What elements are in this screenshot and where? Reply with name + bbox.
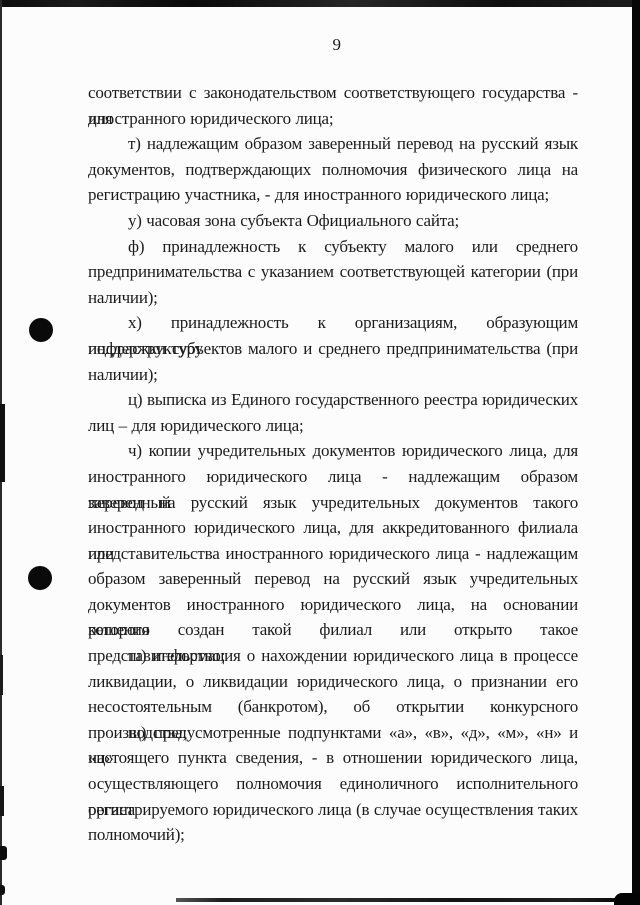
text-line: ф) принадлежность к субъекту малого или … (88, 234, 578, 260)
text-line: предпринимательства с указанием соответс… (88, 259, 578, 285)
punch-hole-dot (29, 318, 53, 342)
text-line: поддержки субъектов малого и среднего пр… (88, 336, 578, 362)
text-line: документов иностранного юридического лиц… (88, 592, 578, 618)
scan-edge-left-mark (0, 885, 5, 895)
text-line: т) надлежащим образом заверенный перевод… (88, 131, 578, 157)
text-line: х) принадлежность к организациям, образу… (88, 310, 578, 336)
text-line: иностранного юридического лица, для аккр… (88, 515, 578, 541)
text-line: представительства иностранного юридическ… (88, 541, 578, 567)
text-line: регистрацию участника, - для иностранног… (88, 182, 578, 208)
text-line: у) часовая зона субъекта Официального са… (88, 208, 578, 234)
scan-edge-bottom (176, 898, 640, 902)
scan-edge-right (632, 0, 640, 905)
scan-edge-left-mark (0, 786, 4, 816)
text-line: ш) информация о нахождении юридического … (88, 643, 578, 669)
text-line: полномочий); (88, 822, 578, 848)
text-line: лиц – для юридического лица; (88, 413, 578, 439)
text-line: иностранного юридического лица - надлежа… (88, 464, 578, 490)
page-number: 9 (309, 35, 365, 55)
text-line: регистрируемого юридического лица (в слу… (88, 797, 578, 823)
text-line: щ) предусмотренные подпунктами «а», «в»,… (88, 720, 578, 746)
text-line: ликвидации, о ликвидации юридического ли… (88, 669, 578, 695)
text-line: образом заверенный перевод на русский яз… (88, 566, 578, 592)
text-line: иностранного юридического лица; (88, 106, 578, 132)
text-line: осуществляющего полномочия единоличного … (88, 771, 578, 797)
scan-edge-left-mark (0, 846, 7, 860)
text-line: наличии); (88, 285, 578, 311)
punch-hole-dot (28, 566, 52, 590)
scan-edge-left-mark (0, 404, 5, 482)
scan-corner-mark (614, 893, 640, 905)
text-line: настоящего пункта сведения, - в отношени… (88, 745, 578, 771)
scan-edge-top (0, 0, 640, 7)
text-line: наличии); (88, 362, 578, 388)
text-line: соответствии с законодательством соответ… (88, 80, 578, 106)
text-line: перевод на русский язык учредительных до… (88, 490, 578, 516)
text-line: ч) копии учредительных документов юридич… (88, 438, 578, 464)
document-text: соответствии с законодательством соответ… (88, 80, 578, 848)
text-line: которого создан такой филиал или открыто… (88, 617, 578, 643)
text-line: несостоятельным (банкротом), об открытии… (88, 694, 578, 720)
scan-edge-left-mark (0, 655, 3, 695)
text-line: ц) выписка из Единого государственного р… (88, 387, 578, 413)
scanned-document-page: 9 соответствии с законодательством соотв… (0, 0, 640, 905)
text-line: документов, подтверждающих полномочия фи… (88, 157, 578, 183)
